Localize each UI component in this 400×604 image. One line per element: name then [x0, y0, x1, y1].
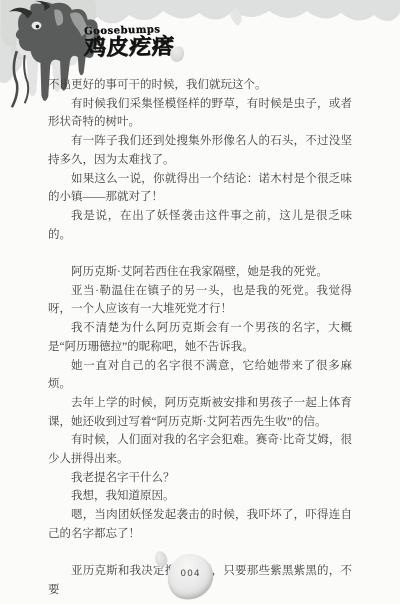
paragraph: 亚当·勒温住在镇子的另一头，也是我的死党。我觉得呀，一个人应该有一大堆死党才行！	[48, 282, 352, 319]
paragraph: 我不清楚为什么阿历克斯会有一个男孩的名字，大概是“阿历珊德拉”的昵称吧，她不告诉…	[48, 319, 352, 356]
jipigeda-logo-text: 鸡皮疙瘩	[83, 35, 174, 61]
paragraph: 她一直对自己的名字很不满意，它给她带来了很多麻烦。	[48, 357, 352, 394]
paragraph: 嗯，当肉团妖怪发起袭击的时候，我吓坏了，吓得连自己的名字都忘了！	[48, 506, 352, 543]
paragraph: 有一阵子我们还到处搜集外形像名人的石头，不过没坚持多久，因为太难找了。	[48, 132, 352, 169]
paragraph: 我想，我知道原因。	[48, 487, 352, 506]
paragraph: 我老提名字干什么？	[48, 469, 352, 488]
paragraph: 如果这么一说，你就得出一个结论：诺木村是个很乏味的小镇——那就对了！	[48, 170, 352, 207]
paragraph: 不出更好的事可干的时候，我们就玩这个。	[48, 76, 352, 95]
page-number: 004	[168, 569, 213, 579]
paragraph: 阿历克斯·艾阿若西住在我家隔壁，她是我的死党。	[48, 263, 352, 282]
page-text: 不出更好的事可干的时候，我们就玩这个。 有时候我们采集怪模怪样的野草，有时候是虫…	[48, 76, 352, 600]
paragraph: 去年上学的时候，阿历克斯被安排和男孩子一起上体育课，她还收到过写着“阿历克斯·艾…	[48, 394, 352, 431]
series-logo: Goosebumps 鸡皮疙瘩	[84, 25, 174, 60]
paragraph: 有时候，人们面对我的名字会犯难。赛奇·比奇艾姆，很少人拼得出来。	[48, 431, 352, 468]
paragraph: 我是说，在出了妖怪袭击这件事之前，这儿是很乏味的。	[48, 207, 352, 244]
paragraph: 有时候我们采集怪模怪样的野草，有时候是虫子，或者形状奇特的树叶。	[48, 95, 352, 132]
book-page: Goosebumps 鸡皮疙瘩 不出更好的事可干的时候，我们就玩这个。 有时候我…	[0, 0, 400, 604]
